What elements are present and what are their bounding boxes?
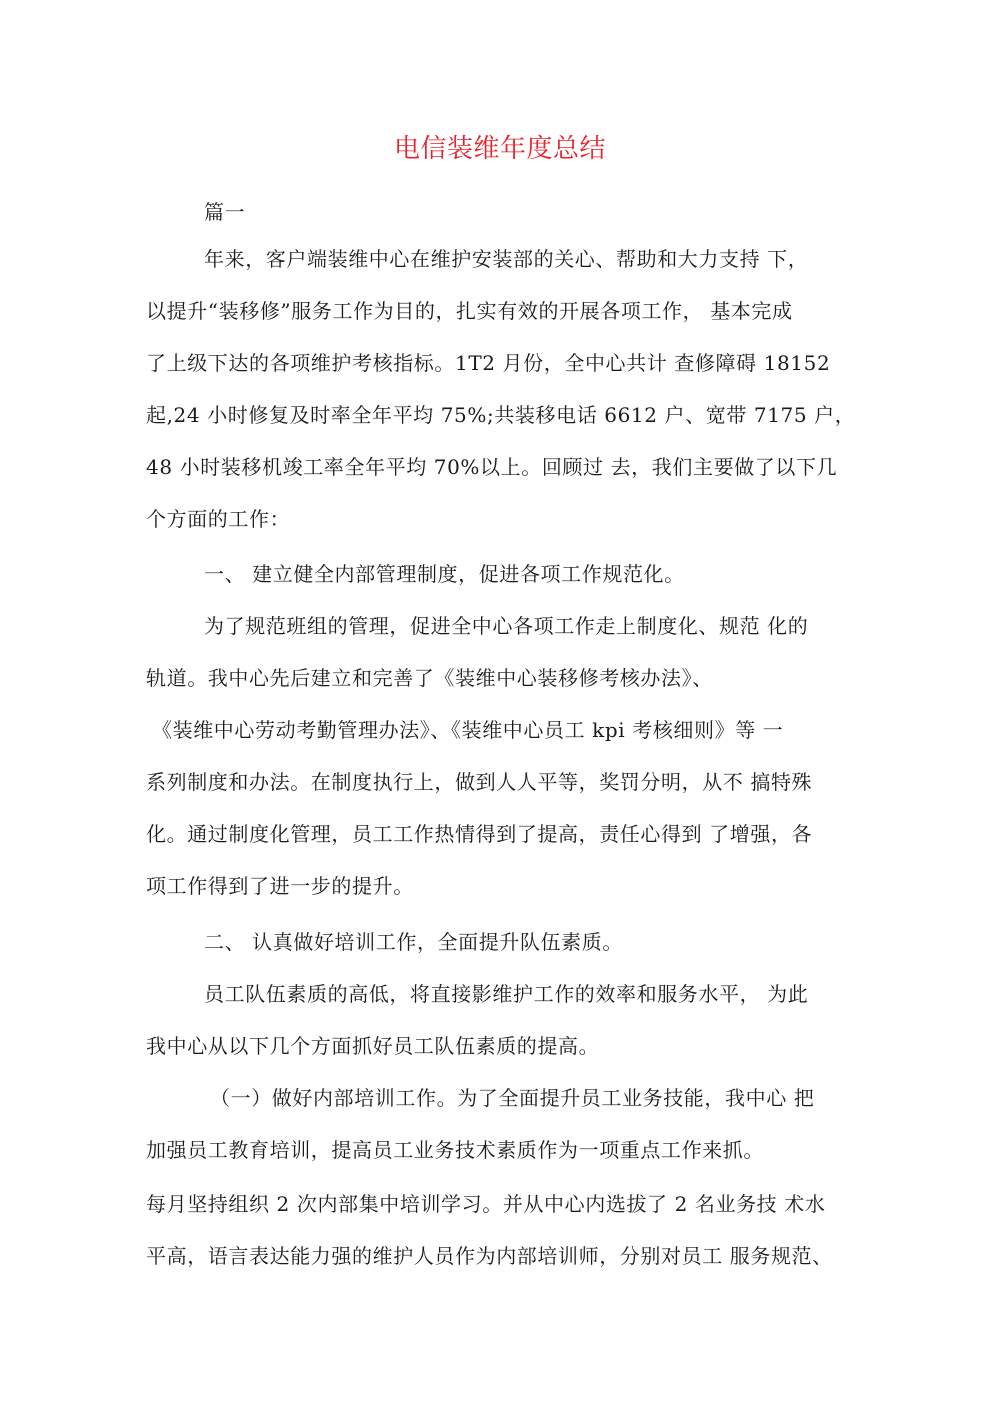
paragraph-line: 每月坚持组织 2 次内部集中培训学习。并从中心内选拔了 2 名业务技 术水	[146, 1190, 825, 1218]
paragraph-line: 加强员工教育培训，提高员工业务技术素质作为一项重点工作来抓。	[146, 1136, 764, 1164]
paragraph-line: 项工作得到了进一步的提升。	[146, 872, 414, 900]
paragraph-line: 年来，客户端装维中心在维护安装部的关心、帮助和大力支持 下，	[204, 245, 808, 273]
paragraph-line: 我中心从以下几个方面抓好员工队伍素质的提高。	[146, 1032, 599, 1060]
document-page: 电信装维年度总结 篇一 年来，客户端装维中心在维护安装部的关心、帮助和大力支持 …	[0, 0, 1000, 1415]
paragraph-line: 以提升“装移修”服务工作为目的，扎实有效的开展各项工作， 基本完成	[146, 297, 793, 325]
paragraph-line: 48 小时装移机竣工率全年平均 70%以上。回顾过 去，我们主要做了以下几	[146, 453, 837, 481]
paragraph-line: 员工队伍素质的高低，将直接影维护工作的效率和服务水平， 为此	[204, 980, 808, 1008]
section-heading: 一、 建立健全内部管理制度，促进各项工作规范化。	[204, 560, 685, 588]
paragraph-line: 了上级下达的各项维护考核指标。1T2 月份，全中心共计 查修障碍 18152	[146, 349, 830, 377]
paragraph-line: 轨道。我中心先后建立和完善了《装维中心装移修考核办法》、	[146, 664, 713, 692]
paragraph-line: 化。通过制度化管理，员工工作热情得到了提高，责任心得到 了增强，各	[146, 820, 812, 848]
paragraph-line: 《装维中心劳动考勤管理办法》、《装维中心员工 kpi 考核细则》等 一	[152, 716, 783, 744]
section-heading: 二、 认真做好培训工作，全面提升队伍素质。	[204, 928, 623, 956]
paragraph-line: 为了规范班组的管理，促进全中心各项工作走上制度化、规范 化的	[204, 612, 808, 640]
paragraph-line: 系列制度和办法。在制度执行上，做到人人平等，奖罚分明，从不 搞特殊	[146, 768, 812, 796]
document-title: 电信装维年度总结	[0, 132, 1000, 166]
paragraph-line: 起,24 小时修复及时率全年平均 75%;共装移电话 6612 户、宽带 717…	[146, 401, 855, 429]
subsection-heading: （一）做好内部培训工作。为了全面提升员工业务技能，我中心 把	[210, 1084, 814, 1112]
paragraph-line: 个方面的工作：	[146, 505, 290, 533]
section-label: 篇一	[204, 198, 245, 226]
paragraph-line: 平高，语言表达能力强的维护人员作为内部培训师，分别对员工 服务规范、	[146, 1242, 833, 1270]
